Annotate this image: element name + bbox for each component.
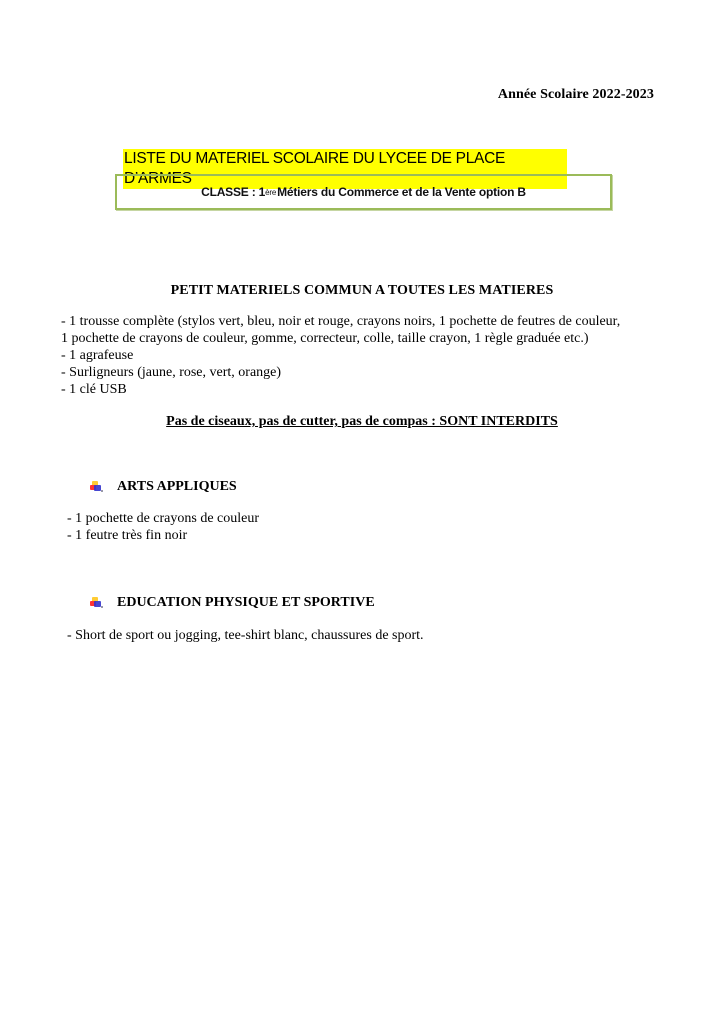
forbidden-notice: Pas de ciseaux, pas de cutter, pas de co… (0, 414, 724, 430)
colored-squares-bullet-icon (90, 481, 104, 493)
class-name: Métiers du Commerce et de la Vente optio… (277, 185, 526, 199)
subject-title: ARTS APPLIQUES (117, 479, 237, 495)
subject-title: EDUCATION PHYSIQUE ET SPORTIVE (117, 595, 375, 611)
list-item: - 1 feutre très fin noir (67, 527, 259, 544)
eps-items-list: - Short de sport ou jogging, tee-shirt b… (67, 627, 424, 644)
subject-heading-eps: EDUCATION PHYSIQUE ET SPORTIVE (90, 595, 375, 611)
subject-heading-arts: ARTS APPLIQUES (90, 479, 237, 495)
class-box: CLASSE : 1èreMétiers du Commerce et de l… (115, 174, 612, 210)
list-item: - 1 trousse complète (stylos vert, bleu,… (61, 313, 671, 330)
list-item: - Short de sport ou jogging, tee-shirt b… (67, 627, 424, 644)
school-year: Année Scolaire 2022-2023 (498, 87, 654, 103)
list-item: - 1 pochette de crayons de couleur (67, 510, 259, 527)
list-item: - 1 clé USB (61, 381, 671, 398)
arts-items-list: - 1 pochette de crayons de couleur - 1 f… (67, 510, 259, 544)
common-items-list: - 1 trousse complète (stylos vert, bleu,… (61, 313, 671, 398)
list-item: - Surligneurs (jaune, rose, vert, orange… (61, 364, 671, 381)
common-section-title: PETIT MATERIELS COMMUN A TOUTES LES MATI… (0, 283, 724, 299)
colored-squares-bullet-icon (90, 597, 104, 609)
list-item: - 1 agrafeuse (61, 347, 671, 364)
class-superscript: ère (265, 188, 276, 197)
list-item: 1 pochette de crayons de couleur, gomme,… (61, 330, 671, 347)
class-prefix: CLASSE : 1 (201, 185, 265, 199)
